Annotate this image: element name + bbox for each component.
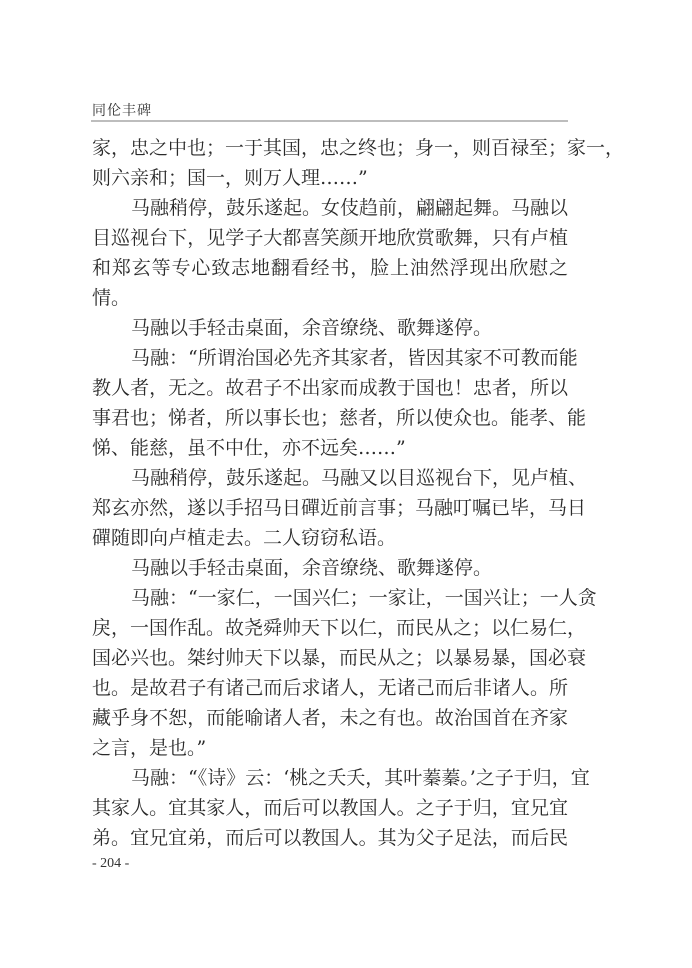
text-line: 其家人。宜其家人，而后可以教国人。之子于归，宜兄宜 — [92, 793, 568, 823]
text-line: 弟。宜兄宜弟，而后可以教国人。其为父子足法，而后民 — [92, 823, 568, 853]
text-line: 悌、能慈，虽不中仕，亦不远矣……” — [92, 433, 568, 463]
text-line: 马融以手轻击桌面，余音缭绕、歌舞遂停。 — [92, 553, 568, 583]
text-line: 国必兴也。桀纣帅天下以暴，而民从之；以暴易暴，国必衰 — [92, 643, 568, 673]
body-text: 家，忠之中也；一于其国，忠之终也；身一，则百禄至；家一， 则六亲和；国一，则万人… — [92, 133, 568, 853]
text-line: 家，忠之中也；一于其国，忠之终也；身一，则百禄至；家一， — [92, 133, 568, 163]
text-line: 教人者，无之。故君子不出家而成教于国也！忠者，所以 — [92, 373, 568, 403]
page-number: - 204 - — [92, 856, 129, 872]
text-line: 马融稍停，鼓乐遂起。马融又以目巡视台下，见卢植、 — [92, 463, 568, 493]
text-line: 也。是故君子有诸己而后求诸人，无诸己而后非诸人。所 — [92, 673, 568, 703]
text-line: 目巡视台下，见学子大都喜笑颜开地欣赏歌舞，只有卢植 — [92, 223, 568, 253]
text-line: 和郑玄等专心致志地翻看经书，脸上油然浮现出欣慰之 — [92, 253, 568, 283]
text-line: 藏乎身不恕，而能喻诸人者，未之有也。故治国首在齐家 — [92, 703, 568, 733]
text-line: 马融稍停，鼓乐遂起。女伎趋前，翩翩起舞。马融以 — [92, 193, 568, 223]
text-line: 则六亲和；国一，则万人理……” — [92, 163, 568, 193]
header-rule — [91, 120, 568, 122]
text-line: 戾，一国作乱。故尧舜帅天下以仁，而民从之；以仁易仁， — [92, 613, 568, 643]
text-line: 马融：“《诗》云：‘桃之夭夭，其叶蓁蓁。’之子于归，宜 — [92, 763, 568, 793]
text-line: 马融：“所谓治国必先齐其家者，皆因其家不可教而能 — [92, 343, 568, 373]
text-line: 马融以手轻击桌面，余音缭绕、歌舞遂停。 — [92, 313, 568, 343]
text-line: 事君也；悌者，所以事长也；慈者，所以使众也。能孝、能 — [92, 403, 568, 433]
running-head-title: 同伦丰碑 — [92, 100, 152, 120]
text-line: 磾随即向卢植走去。二人窃窃私语。 — [92, 523, 568, 553]
text-line: 郑玄亦然，遂以手招马日磾近前言事；马融叮嘱已毕，马日 — [92, 493, 568, 523]
text-line: 马融：“一家仁，一国兴仁；一家让，一国兴让；一人贪 — [92, 583, 568, 613]
text-line: 情。 — [92, 283, 568, 313]
text-line: 之言，是也。” — [92, 733, 568, 763]
